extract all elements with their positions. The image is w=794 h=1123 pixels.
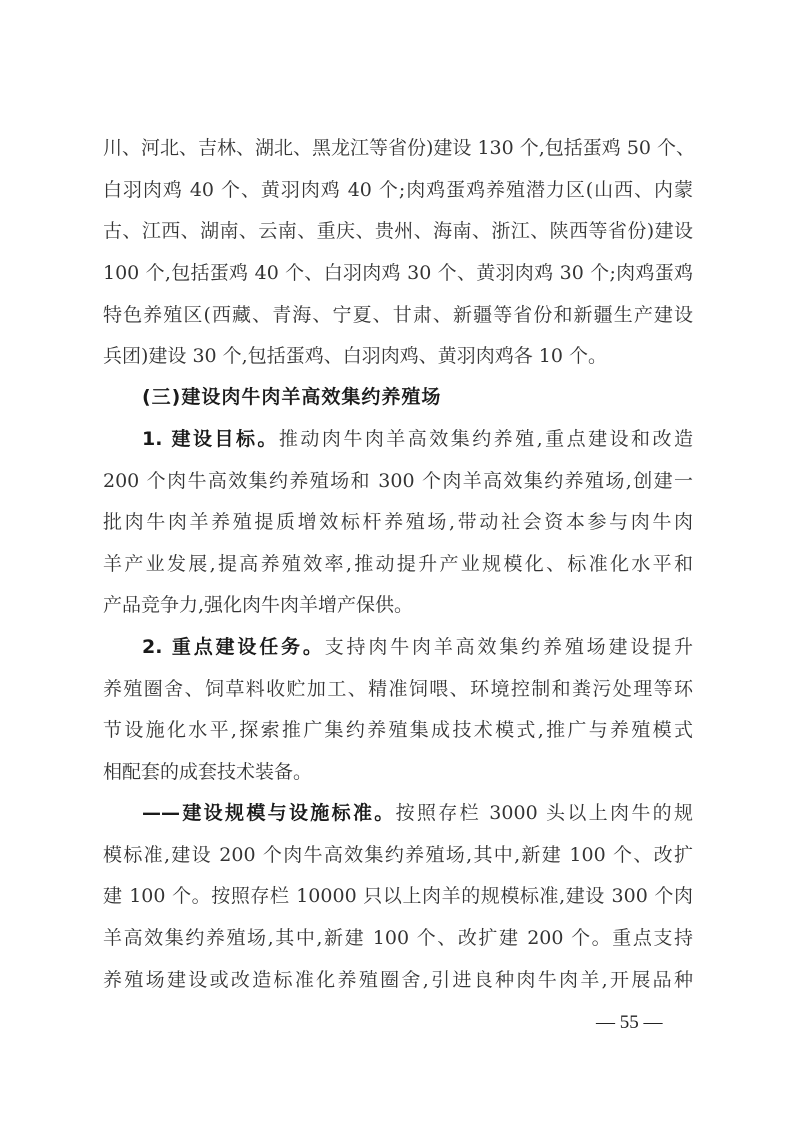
text-line: 建 100 个。按照存栏 10000 只以上肉羊的规模标准,建设 300 个肉 [103,881,693,911]
text-line: 相配套的成套技术装备。 [103,757,693,787]
text-line: 1. 建设目标。推动肉牛肉羊高效集约养殖,重点建设和改造 [142,424,693,454]
paragraph-lead-bold: 2. 重点建设任务。 [142,636,325,658]
text-line: 兵团)建设 30 个,包括蛋鸡、白羽肉鸡、黄羽肉鸡各 10 个。 [103,341,693,371]
section-heading: (三)建设肉牛肉羊高效集约养殖场 [142,382,441,412]
text-line: 古、江西、湖南、云南、重庆、贵州、海南、浙江、陕西等省份)建设 [103,216,693,246]
text-line: 羊高效集约养殖场,其中,新建 100 个、改扩建 200 个。重点支持 [103,923,693,953]
text-line: 200 个肉牛高效集约养殖场和 300 个肉羊高效集约养殖场,创建一 [103,466,693,496]
document-page: 川、河北、吉林、湖北、黑龙江等省份)建设 130 个,包括蛋鸡 50 个、 白羽… [0,0,794,1123]
text-line: 白羽肉鸡 40 个、黄羽肉鸡 40 个;肉鸡蛋鸡养殖潜力区(山西、内蒙 [103,175,693,205]
paragraph-lead-bold: 1. 建设目标。 [142,428,279,450]
text-span: 支持肉牛肉羊高效集约养殖场建设提升 [325,636,693,658]
text-line: 节设施化水平,探索推广集约养殖集成技术模式,推广与养殖模式 [103,715,693,745]
text-line: 2. 重点建设任务。支持肉牛肉羊高效集约养殖场建设提升 [142,632,693,662]
text-line: 模标准,建设 200 个肉牛高效集约养殖场,其中,新建 100 个、改扩 [103,840,693,870]
text-span: 推动肉牛肉羊高效集约养殖,重点建设和改造 [279,428,693,450]
text-line: 产品竞争力,强化肉牛肉羊增产保供。 [103,590,693,620]
text-line: 川、河北、吉林、湖北、黑龙江等省份)建设 130 个,包括蛋鸡 50 个、 [103,133,693,163]
text-span: 按照存栏 3000 头以上肉牛的规 [396,802,693,824]
text-line: 批肉牛肉羊养殖提质增效标杆养殖场,带动社会资本参与肉牛肉 [103,507,693,537]
text-line: 100 个,包括蛋鸡 40 个、白羽肉鸡 30 个、黄羽肉鸡 30 个;肉鸡蛋鸡 [103,258,693,288]
text-line: ——建设规模与设施标准。按照存栏 3000 头以上肉牛的规 [142,798,693,828]
text-line: 养殖圈舍、饲草料收贮加工、精准饲喂、环境控制和粪污处理等环 [103,674,693,704]
paragraph-lead-bold: ——建设规模与设施标准。 [142,802,396,824]
text-line: 特色养殖区(西藏、青海、宁夏、甘肃、新疆等省份和新疆生产建设 [103,300,693,330]
text-line: 羊产业发展,提高养殖效率,推动提升产业规模化、标准化水平和 [103,549,693,579]
page-number: — 55 — [596,1009,663,1037]
text-line: 养殖场建设或改造标准化养殖圈舍,引进良种肉牛肉羊,开展品种 [103,965,693,995]
